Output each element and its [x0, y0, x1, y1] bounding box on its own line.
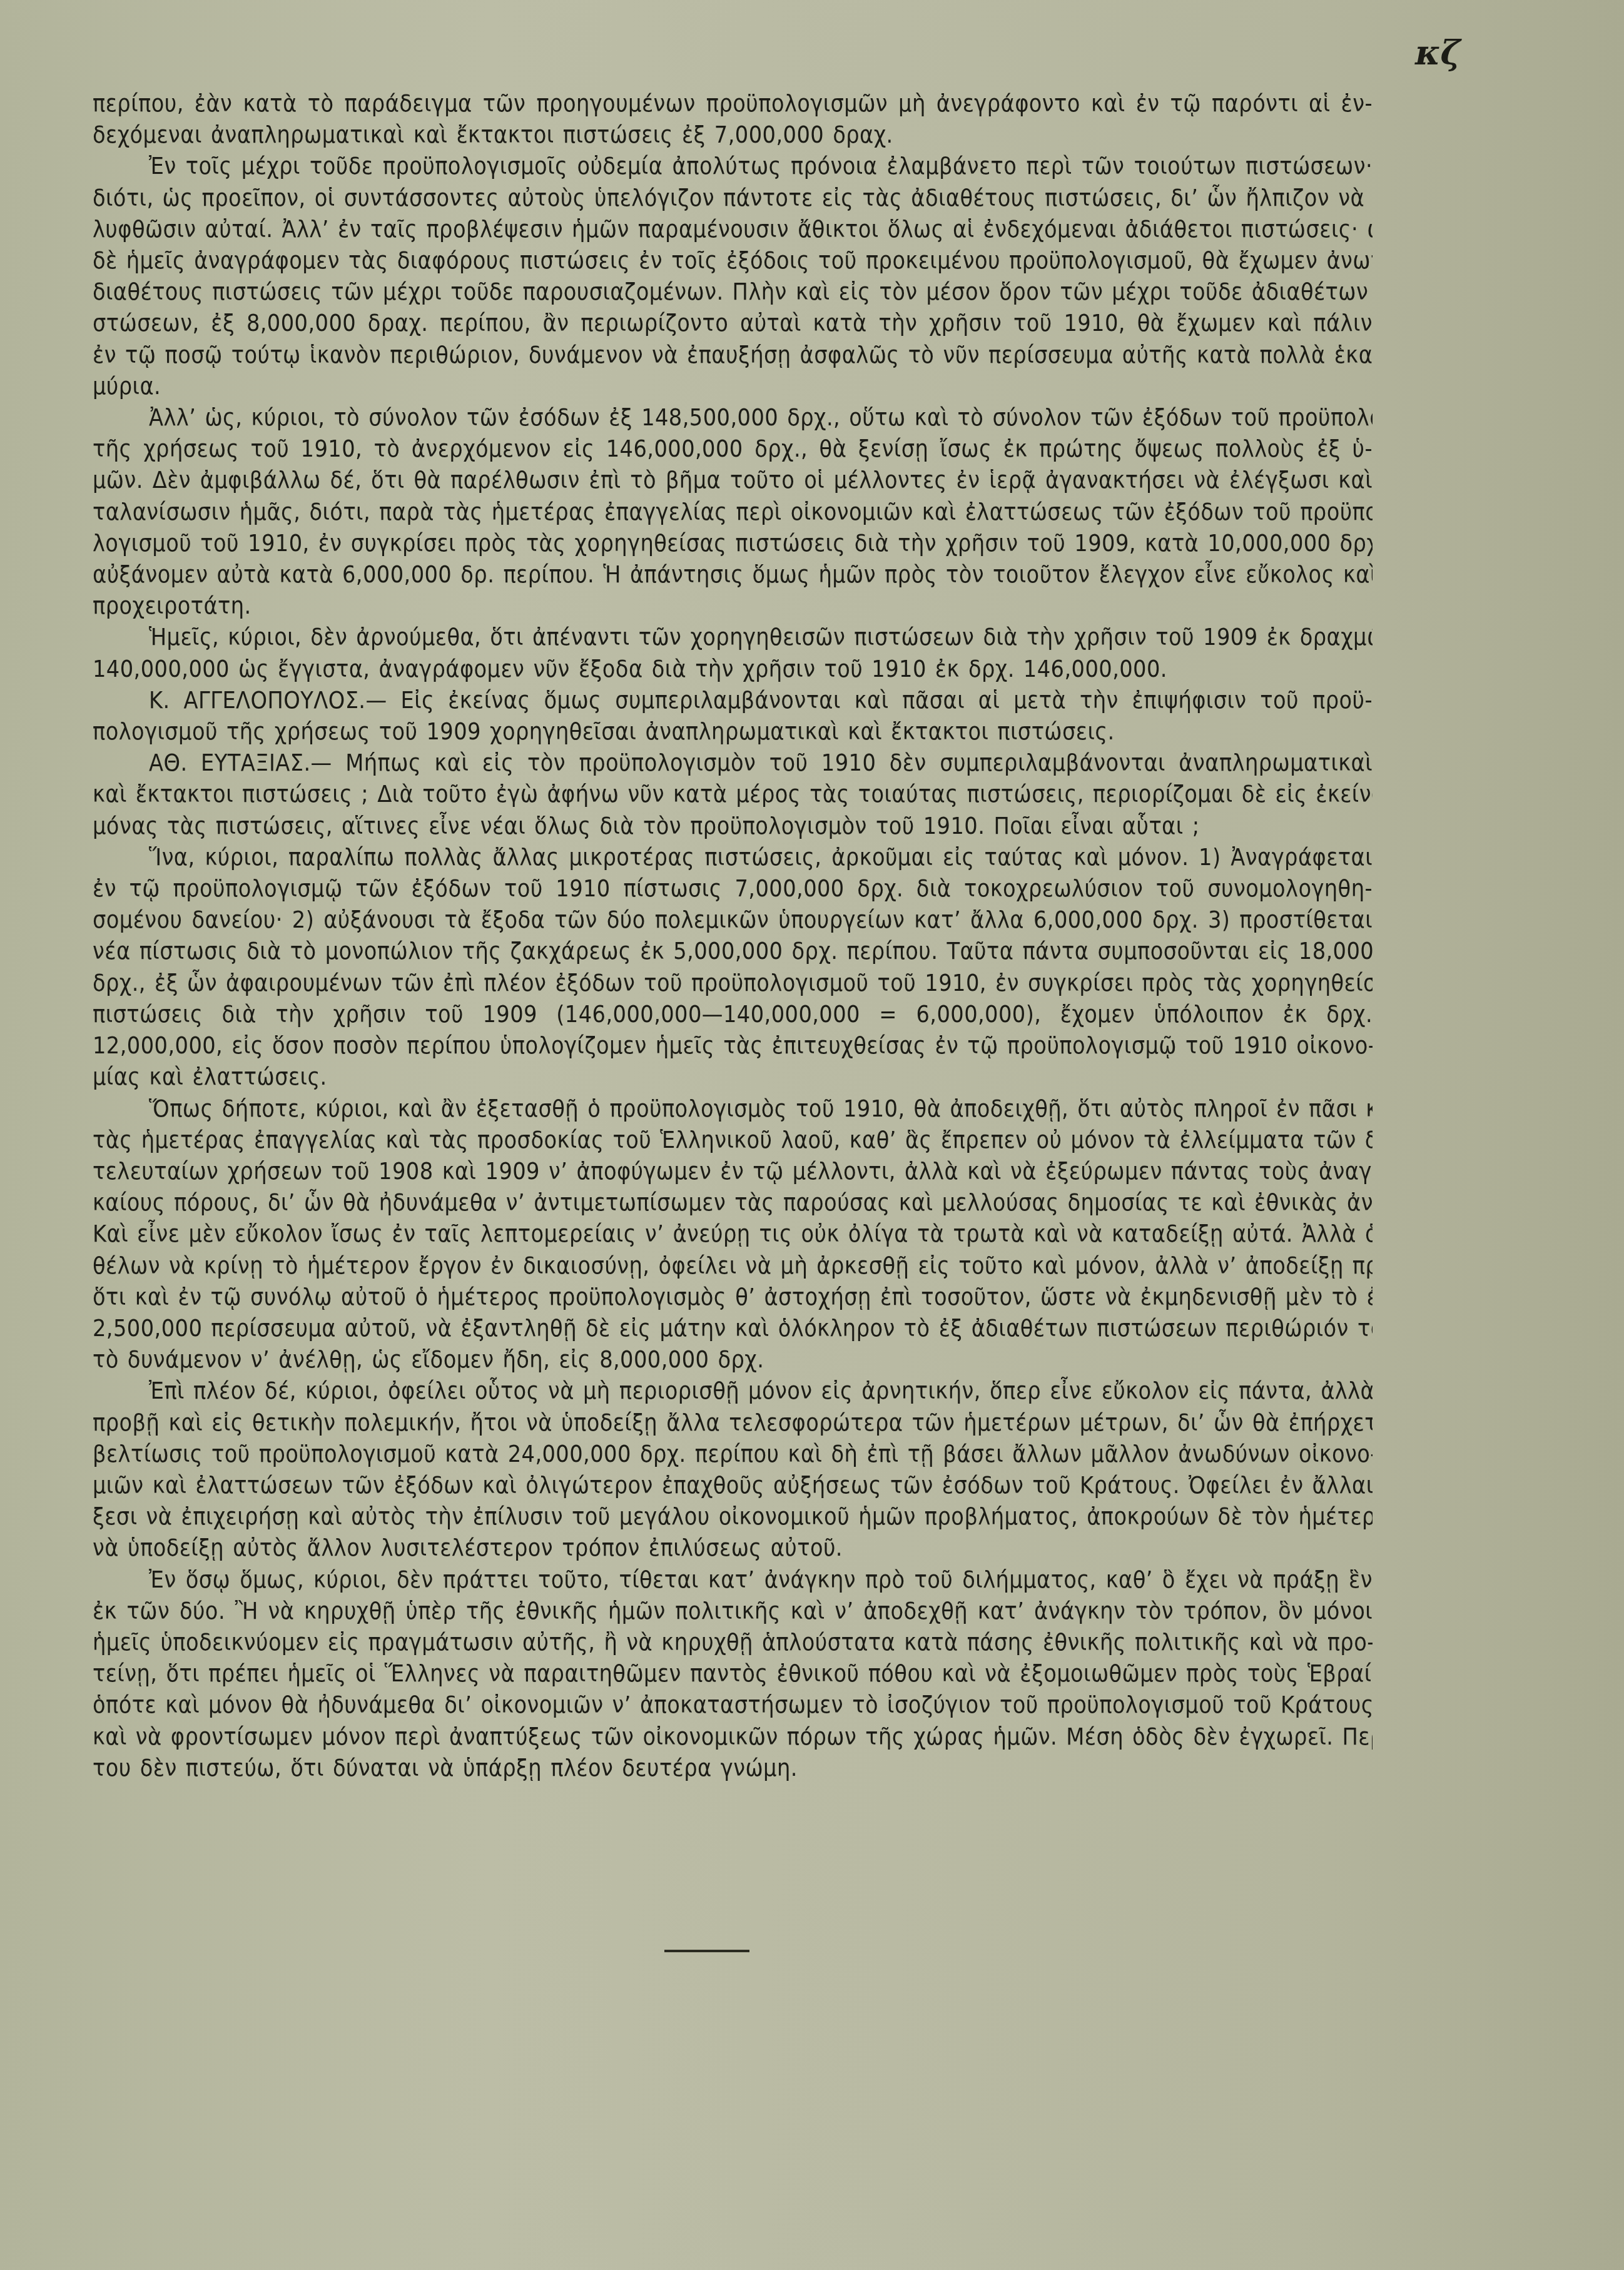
text-line: ἐν τῷ ποσῷ τούτῳ ἱκανὸν περιθώριον, δυνά…	[93, 339, 1373, 370]
page-number: κζ	[1415, 33, 1460, 73]
text-line: ταλανίσωσιν ἡμᾶς, διότι, παρὰ τὰς ἡμετέρ…	[93, 496, 1373, 527]
text-line: τῆς χρήσεως τοῦ 1910, τὸ ἀνερχόμενον εἰς…	[93, 433, 1373, 464]
paragraph-first-line: ΑΘ. ΕΥΤΑΞΙΑΣ.— Μήπως καὶ εἰς τὸν προϋπολ…	[93, 747, 1373, 778]
text-line: πολογισμοῦ τῆς χρήσεως τοῦ 1909 χορηγηθε…	[93, 716, 1373, 747]
text-line: προχειροτάτη.	[93, 590, 1373, 621]
text-line: νέα πίστωσις διὰ τὸ μονοπώλιον τῆς ζακχά…	[93, 935, 1373, 966]
text-line: ἐν τῷ προϋπολογισμῷ τῶν ἐξόδων τοῦ 1910 …	[93, 873, 1373, 904]
text-line: προβῇ καὶ εἰς θετικὴν πολεμικήν, ἤτοι νὰ…	[93, 1407, 1373, 1438]
text-line: 2,500,000 περίσσευμα αὐτοῦ, νὰ ἐξαντληθῇ…	[93, 1312, 1373, 1344]
paragraph-first-line: Ὅπως δήποτε, κύριοι, καὶ ἂν ἐξετασθῇ ὁ π…	[93, 1093, 1373, 1124]
text-line: νὰ ὑποδείξῃ αὐτὸς ἄλλον λυσιτελέστερον τ…	[93, 1532, 1373, 1563]
text-line: βελτίωσις τοῦ προϋπολογισμοῦ κατὰ 24,000…	[93, 1438, 1373, 1469]
text-line: δεχόμεναι ἀναπληρωματικαὶ καὶ ἔκτακτοι π…	[93, 119, 1373, 150]
text-line: μῶν. Δὲν ἀμφιβάλλω δέ, ὅτι θὰ παρέλθωσιν…	[93, 464, 1373, 495]
text-line: ἡμεῖς ὑποδεικνύομεν εἰς πραγμάτωσιν αὐτῆ…	[93, 1626, 1373, 1658]
text-line: μύρια.	[93, 370, 1373, 402]
text-line: πιστώσεις διὰ τὴν χρῆσιν τοῦ 1909 (146,0…	[93, 998, 1373, 1030]
paragraph-first-line: Ἐν τοῖς μέχρι τοῦδε προϋπολογισμοῖς οὐδε…	[93, 150, 1373, 181]
text-line: 140,000,000 ὡς ἔγγιστα, ἀναγράφομεν νῦν …	[93, 653, 1373, 684]
text-line: λογισμοῦ τοῦ 1910, ἐν συγκρίσει πρὸς τὰς…	[93, 527, 1373, 559]
text-line: λυφθῶσιν αὐταί. Ἀλλ’ ἐν ταῖς προβλέψεσιν…	[93, 213, 1373, 245]
text-line: δὲ ἡμεῖς ἀναγράφομεν τὰς διαφόρους πιστώ…	[93, 245, 1373, 276]
text-line: καὶ ἔκτακτοι πιστώσεις ; Διὰ τοῦτο ἐγὼ ἀ…	[93, 778, 1373, 809]
text-line: μίας καὶ ἐλαττώσεις.	[93, 1061, 1373, 1092]
text-line: μόνας τὰς πιστώσεις, αἵτινες εἶνε νέαι ὅ…	[93, 810, 1373, 841]
text-line: στώσεων, ἐξ 8,000,000 δραχ. περίπου, ἂν …	[93, 307, 1373, 338]
paragraph-first-line: Ἐν ὅσῳ ὅμως, κύριοι, δὲν πράττει τοῦτο, …	[93, 1564, 1373, 1595]
text-line: Καὶ εἶνε μὲν εὔκολον ἴσως ἐν ταῖς λεπτομ…	[93, 1218, 1373, 1249]
end-rule-divider	[664, 1950, 749, 1952]
text-line: τὸ δυνάμενον ν’ ἀνέλθῃ, ὡς εἴδομεν ἤδη, …	[93, 1344, 1373, 1375]
text-line: σομένου δανείου· 2) αὐξάνουσι τὰ ἔξοδα τ…	[93, 904, 1373, 935]
text-line: τελευταίων χρήσεων τοῦ 1908 καὶ 1909 ν’ …	[93, 1155, 1373, 1187]
paragraph-first-line: Ἀλλ’ ὡς, κύριοι, τὸ σύνολον τῶν ἐσόδων ἐ…	[93, 402, 1373, 433]
text-line: τὰς ἡμετέρας ἐπαγγελίας καὶ τὰς προσδοκί…	[93, 1124, 1373, 1155]
text-line: θέλων νὰ κρίνῃ τὸ ἡμέτερον ἔργον ἐν δικα…	[93, 1250, 1373, 1281]
text-line: διότι, ὡς προεῖπον, οἱ συντάσσοντες αὐτο…	[93, 182, 1373, 213]
text-line: καὶ νὰ φροντίσωμεν μόνον περὶ ἀναπτύξεως…	[93, 1721, 1373, 1752]
paragraph-first-line: Ἵνα, κύριοι, παραλίπω πολλὰς ἄλλας μικρο…	[93, 841, 1373, 873]
text-line: ἐκ τῶν δύο. Ἢ νὰ κηρυχθῇ ὑπὲρ τῆς ἐθνικῆ…	[93, 1595, 1373, 1626]
paragraph-first-line: Ἐπὶ πλέον δέ, κύριοι, ὀφείλει οὗτος νὰ μ…	[93, 1375, 1373, 1406]
text-line: τείνῃ, ὅτι πρέπει ἡμεῖς οἱ Ἕλληνες νὰ πα…	[93, 1658, 1373, 1689]
text-line: του δὲν πιστεύω, ὅτι δύναται νὰ ὑπάρξῃ π…	[93, 1752, 1373, 1783]
text-line: διαθέτους πιστώσεις τῶν μέχρι τοῦδε παρο…	[93, 276, 1373, 307]
text-line: περίπου, ἐὰν κατὰ τὸ παράδειγμα τῶν προη…	[93, 88, 1373, 119]
text-line: καίους πόρους, δι’ ὧν θὰ ἠδυνάμεθα ν’ ἀν…	[93, 1187, 1373, 1218]
text-line: 12,000,000, εἰς ὅσον ποσὸν περίπου ὑπολο…	[93, 1030, 1373, 1061]
body-text: περίπου, ἐὰν κατὰ τὸ παράδειγμα τῶν προη…	[93, 88, 1373, 1783]
text-line: ξεσι νὰ ἐπιχειρήσῃ καὶ αὐτὸς τὴν ἐπίλυσι…	[93, 1501, 1373, 1532]
text-line: ὅτι καὶ ἐν τῷ συνόλῳ αὐτοῦ ὁ ἡμέτερος πρ…	[93, 1281, 1373, 1312]
paragraph-first-line: Κ. ΑΓΓΕΛΟΠΟΥΛΟΣ.— Εἰς ἐκείνας ὅμως συμπε…	[93, 684, 1373, 716]
text-line: ὁπότε καὶ μόνον θὰ ἠδυνάμεθα δι’ οἰκονομ…	[93, 1689, 1373, 1720]
text-line: αὐξάνομεν αὐτὰ κατὰ 6,000,000 δρ. περίπο…	[93, 559, 1373, 590]
text-line: δρχ., ἐξ ὧν ἀφαιρουμένων τῶν ἐπὶ πλέον ἐ…	[93, 967, 1373, 998]
text-line: μιῶν καὶ ἐλαττώσεων τῶν ἐξόδων καὶ ὀλιγώ…	[93, 1469, 1373, 1501]
paragraph-first-line: Ἡμεῖς, κύριοι, δὲν ἀρνούμεθα, ὅτι ἀπέναν…	[93, 621, 1373, 652]
